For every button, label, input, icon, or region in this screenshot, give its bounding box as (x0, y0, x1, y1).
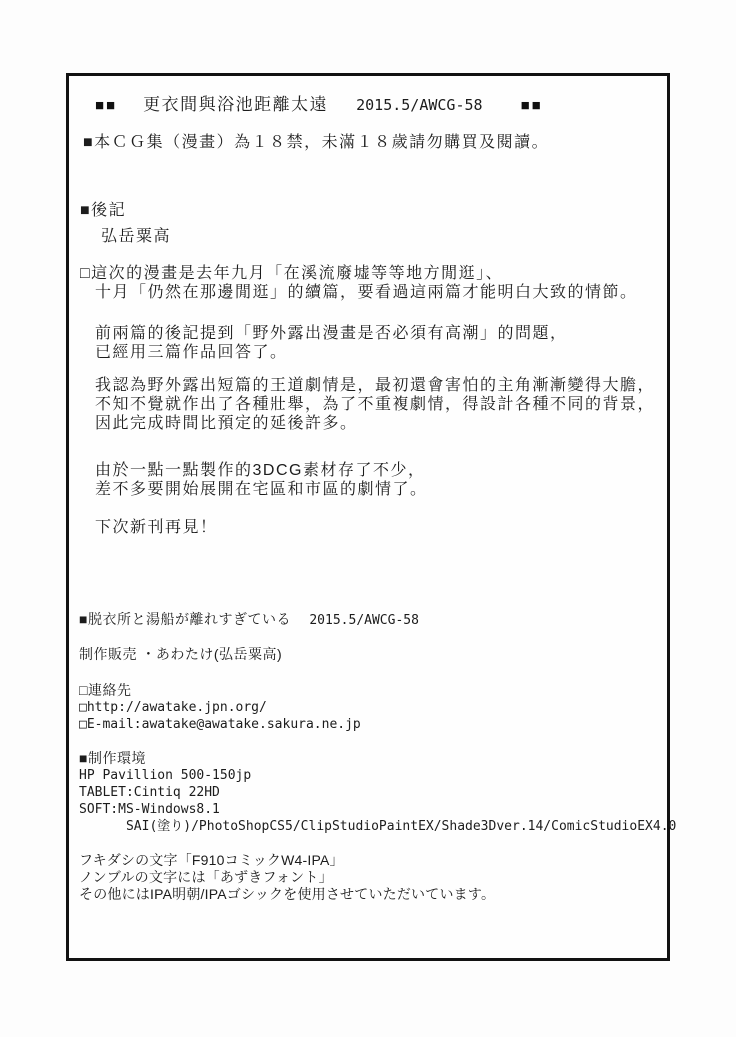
contact-email: □E-mail:awatake@awatake.sakura.ne.jp (79, 716, 657, 733)
environment-heading: ■制作環境 (79, 750, 657, 767)
page-border-frame: ■■ 更衣間與浴池距離太遠 2015.5/AWCG-58 ■■ ■本ＣＧ集（漫畫… (66, 73, 670, 961)
decoration-squares-left: ■■ (95, 97, 117, 114)
afterword-paragraph-3: 我認為野外露出短篇的王道劇情是，最初還會害怕的主角漸漸變得大膽， 不知不覺就作出… (95, 376, 657, 433)
closing-message: 下次新刊再見！ (95, 518, 657, 537)
paragraph-line: 因此完成時間比預定的延後許多。 (95, 414, 657, 433)
decoration-squares-right: ■■ (521, 97, 543, 114)
page-title: 更衣間與浴池距離太遠 (143, 90, 328, 115)
japanese-issue-code: 2015.5/AWCG-58 (309, 613, 419, 628)
producer-credit: 制作販売 ・あわたけ(弘岳粟高) (79, 646, 657, 663)
font-credit-line: フキダシの文字「F910コミックW4-IPA」 (79, 852, 657, 869)
paragraph-line: 我認為野外露出短篇的王道劇情是，最初還會害怕的主角漸漸變得大膽， (95, 376, 657, 395)
afterword-paragraph-2: 前兩篇的後記提到「野外露出漫畫是否必須有高潮」的問題， 已經用三篇作品回答了。 (95, 324, 657, 362)
scanned-afterword-page: ■■ 更衣間與浴池距離太遠 2015.5/AWCG-58 ■■ ■本ＣＧ集（漫畫… (0, 0, 736, 1037)
issue-code: 2015.5/AWCG-58 (356, 96, 482, 114)
japanese-title-row: ■脱衣所と湯船が離れすぎている 2015.5/AWCG-58 (79, 611, 657, 629)
header-row: ■■ 更衣間與浴池距離太遠 2015.5/AWCG-58 ■■ (79, 90, 657, 115)
afterword-paragraph-4: 由於一點一點製作的3DCG素材存了不少， 差不多要開始展開在宅區和市區的劇情了。 (95, 461, 657, 499)
contact-url: □http://awatake.jpn.org/ (79, 699, 657, 716)
paragraph-line: □這次的漫畫是去年九月「在溪流廢墟等等地方閒逛」、 (80, 264, 657, 283)
paragraph-line: 不知不覺就作出了各種壯舉，為了不重複劇情，得設計各種不同的背景， (95, 395, 657, 414)
production-environment-block: ■制作環境 HP Pavillion 500-150jp TABLET:Cint… (79, 750, 657, 835)
afterword-heading: ■後記 (80, 201, 657, 220)
paragraph-line: 前兩篇的後記提到「野外露出漫畫是否必須有高潮」的問題， (95, 324, 657, 343)
environment-line: SAI(塗り)/PhotoShopCS5/ClipStudioPaintEX/S… (79, 818, 657, 835)
author-name: 弘岳粟高 (101, 227, 657, 246)
environment-line: TABLET:Cintiq 22HD (79, 784, 657, 801)
afterword-paragraph-1: □這次的漫畫是去年九月「在溪流廢墟等等地方閒逛」、 十月「仍然在那邊閒逛」的續篇… (80, 264, 657, 302)
paragraph-line: 十月「仍然在那邊閒逛」的續篇，要看過這兩篇才能明白大致的情節。 (95, 283, 657, 302)
contact-block: □連絡先 □http://awatake.jpn.org/ □E-mail:aw… (79, 682, 657, 733)
environment-line: SOFT:MS-Windows8.1 (79, 801, 657, 818)
age-rating-notice: ■本ＣＧ集（漫畫）為１８禁，未滿１８歲請勿購買及閱讀。 (83, 133, 657, 152)
paragraph-line: 已經用三篇作品回答了。 (95, 343, 657, 362)
contact-heading: □連絡先 (79, 682, 657, 699)
paragraph-line: 由於一點一點製作的3DCG素材存了不少， (95, 461, 657, 480)
font-credit-line: ノンブルの文字には「あずきフォント」 (79, 869, 657, 886)
font-credit-line: その他にはIPA明朝/IPAゴシックを使用させていただいています。 (79, 886, 657, 903)
paragraph-line: 差不多要開始展開在宅區和市區的劇情了。 (95, 480, 657, 499)
environment-line: HP Pavillion 500-150jp (79, 767, 657, 784)
japanese-title: ■脱衣所と湯船が離れすぎている (79, 611, 291, 627)
font-credits-block: フキダシの文字「F910コミックW4-IPA」 ノンブルの文字には「あずきフォン… (79, 852, 657, 903)
